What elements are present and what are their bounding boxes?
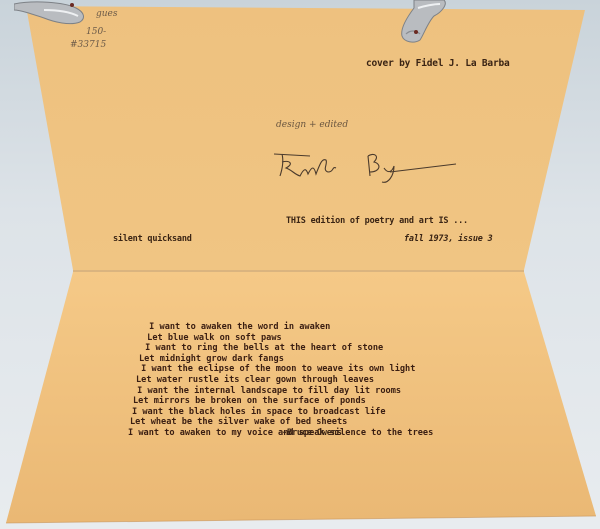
poem-line: I want to awaken to my voice and speak s…	[128, 428, 433, 439]
poem-line: Let wheat be the silver wake of bed shee…	[130, 417, 433, 428]
signature	[270, 146, 460, 186]
poem-line: I want the internal landscape to fill da…	[132, 386, 433, 397]
issue-info: fall 1973, issue 3	[404, 234, 493, 244]
poem-author: -Bruce Owens	[282, 428, 342, 438]
pencil-note: gues	[96, 9, 118, 19]
publication-title: silent quicksand	[113, 234, 192, 244]
design-note: design + edited	[276, 120, 348, 130]
cover-credit: cover by Fidel J. La Barba	[366, 58, 510, 69]
booklet-photo: gues 150- #33715 cover by Fidel J. La Ba…	[0, 0, 600, 529]
booklet-pages	[0, 0, 600, 529]
poem-line: I want the black holes in space to broad…	[132, 407, 433, 418]
right-clip-icon	[394, 0, 454, 46]
poem-line: I want the eclipse of the moon to weave …	[136, 364, 433, 375]
poem-line: Let blue walk on soft paws	[142, 333, 433, 344]
left-clip-icon	[14, 0, 94, 30]
top-page	[26, 6, 585, 270]
poem-line: Let midnight grow dark fangs	[139, 354, 433, 365]
poem-line: I want to ring the bells at the heart of…	[140, 343, 433, 354]
poem-line: I want to awaken the word in awaken	[144, 322, 433, 333]
poem-line: Let mirrors be broken on the surface of …	[133, 396, 433, 407]
pencil-note-inventory: #33715	[70, 40, 106, 50]
poem-line: Let water rustle its clear gown through …	[136, 375, 433, 386]
pencil-note-price: 150-	[86, 27, 106, 37]
edition-line: THIS edition of poetry and art IS ...	[286, 216, 468, 226]
poem: I want to awaken the word in awaken Let …	[128, 322, 433, 439]
